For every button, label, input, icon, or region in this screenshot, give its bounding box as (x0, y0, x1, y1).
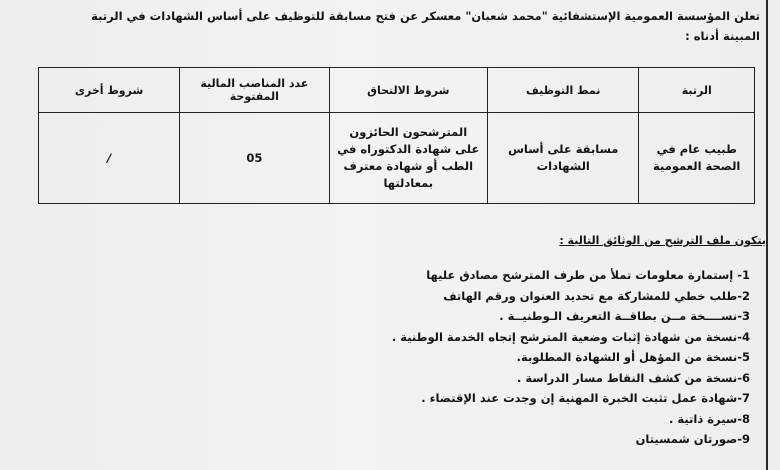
list-item: 6-نسخة من كشف النقاط مسار الدراسة . (30, 368, 750, 389)
dossier-list: 1- إستمارة معلومات تملأ من طرف المترشح م… (30, 265, 750, 450)
dossier-title: يتكون ملف الترشح من الوثائق التالية : (559, 234, 766, 247)
recruitment-table: الرتبة نمط التوظيف شروط الالتحاق عدد الم… (38, 67, 755, 204)
table-header-row: الرتبة نمط التوظيف شروط الالتحاق عدد الم… (39, 68, 755, 113)
list-item: 2-طلب خطي للمشاركة مع تحديد العنوان ورقم… (30, 286, 750, 307)
cell-conditions: المترشحون الحائزون على شهادة الدكتوراه ف… (329, 113, 488, 204)
list-item: 3-نســــخة مــن بطاقــة التعريف الـوطنيـ… (30, 306, 750, 327)
page-border-line (766, 0, 768, 470)
list-item: 8-سيرة ذاتية . (30, 409, 750, 430)
intro-line-2: المبينة أدناه : (30, 26, 760, 46)
header-recruitment-mode: نمط التوظيف (488, 68, 639, 113)
announcement-intro: تعلن المؤسسة العمومية الإستشفائية "محمد … (30, 6, 760, 46)
cell-open-positions: 05 (180, 113, 329, 204)
list-item: 7-شهادة عمل تثبت الخبرة المهنية إن وجدت … (30, 388, 750, 409)
list-item: 9-صورتان شمسيتان (30, 429, 750, 450)
header-other-conditions: شروط أخرى (39, 68, 180, 113)
header-open-positions: عدد المناصب المالية المفتوحة (180, 68, 329, 113)
intro-line-1: تعلن المؤسسة العمومية الإستشفائية "محمد … (30, 6, 760, 26)
list-item: 1- إستمارة معلومات تملأ من طرف المترشح م… (30, 265, 750, 286)
header-conditions: شروط الالتحاق (329, 68, 488, 113)
cell-other-conditions: / (39, 113, 180, 204)
cell-rank: طبيب عام في الصحة العمومية (639, 113, 755, 204)
table-row: طبيب عام في الصحة العمومية مسابقة على أس… (39, 113, 755, 204)
cell-recruitment-mode: مسابقة على أساس الشهادات (488, 113, 639, 204)
list-item: 5-نسخة من المؤهل أو الشهادة المطلوبة. (30, 347, 750, 368)
header-rank: الرتبة (639, 68, 755, 113)
list-item: 4-نسخة من شهادة إثبات وضعية المترشح إتجا… (30, 327, 750, 348)
scanned-document-page: تعلن المؤسسة العمومية الإستشفائية "محمد … (0, 0, 780, 470)
